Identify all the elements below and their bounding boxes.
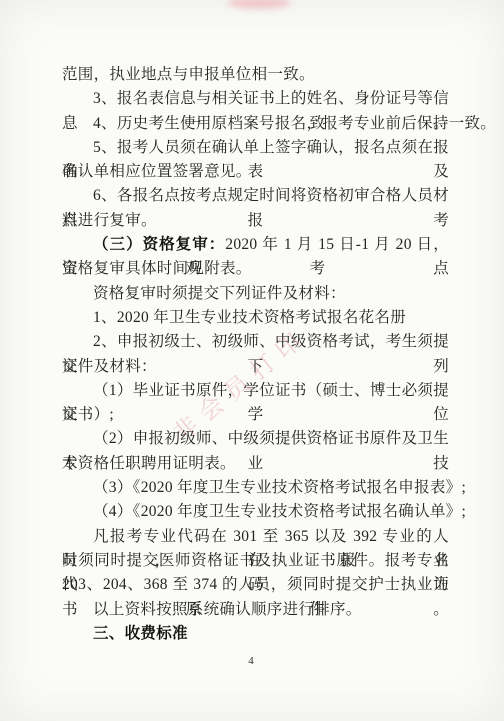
text-segment: （1）毕业证书原件，学位证书（硕士、博士必须提交学位 [62, 382, 449, 423]
text-line: （三）资格复审：2020 年 1 月 15 日-1 月 20 日，宝鸡考点 [62, 233, 449, 257]
text-line: （1）毕业证书原件，学位证书（硕士、博士必须提交学位 [62, 379, 449, 403]
text-line: 三、收费标准 [62, 622, 449, 646]
text-segment: 确认单相应位置签署意见。 [62, 163, 252, 180]
text-line: 资格复审时须提交下列证件及材料： [62, 282, 449, 306]
text-line: 1、2020 年卫生专业技术资格考试报名花名册 [62, 306, 449, 330]
text-segment: 点进行复审。 [62, 212, 157, 229]
bold-text-segment: 三、收费标准 [93, 625, 188, 642]
text-line: 4、历史考生使用原档案号报名，报考专业前后保持一致。 [62, 112, 449, 136]
text-line: 范围，执业地点与申报单位相一致。 [62, 63, 449, 87]
text-segment: 术资格任职聘用证明表。 [62, 455, 236, 472]
text-segment: （3）《2020 年度卫生专业技术资格考试报名申报表》; [93, 479, 466, 496]
text-line: （4）《2020 年度卫生专业技术资格考试报名确认单》; [62, 500, 449, 524]
text-segment: 以上资料按照系统确认顺序进行排序。 [93, 601, 362, 618]
text-line: （3）《2020 年度卫生专业技术资格考试报名申报表》; [62, 476, 449, 500]
text-line: 2、申报初级士、初级师、中级资格考试，考生须提交下列 [62, 330, 449, 354]
scanned-document-page: 非会员打印 范围，执业地点与申报单位相一致。3、报名表信息与相关证书上的姓名、身… [0, 0, 504, 721]
text-segment: （4）《2020 年度卫生专业技术资格考试报名确认单》; [93, 503, 466, 520]
text-segment: 证件及材料： [62, 358, 157, 375]
text-segment: 1、2020 年卫生专业技术资格考试报名花名册 [93, 309, 406, 326]
document-body: 范围，执业地点与申报单位相一致。3、报名表信息与相关证书上的姓名、身份证号等信息… [62, 63, 449, 646]
text-line: 3、报名表信息与相关证书上的姓名、身份证号等信息一致。 [62, 87, 449, 111]
page-number: 4 [236, 655, 266, 667]
text-line: 时须同时提交医师资格证书及执业证书原件。报考专业代码为 [62, 549, 449, 573]
bold-text-segment: （三）资格复审： [93, 236, 225, 253]
text-line: 凡报考专业代码在 301 至 365 以及 392 专业的人员，在报名 [62, 525, 449, 549]
text-line: 203、204、368 至 374 的人员，须同时提交护士执业证书原件。 [62, 573, 449, 597]
text-segment: 范围，执业地点与申报单位相一致。 [62, 66, 315, 83]
text-segment: 证书）; [62, 406, 114, 423]
text-segment: 资格复审具体时间见附表。 [62, 260, 252, 277]
text-segment: 资格复审时须提交下列证件及材料： [93, 285, 346, 302]
scan-ink-smudge [228, 0, 290, 9]
text-line: （2）申报初级师、中级须提供资格证书原件及卫生专业技 [62, 427, 449, 451]
text-line: 5、报考人员须在确认单上签字确认，报名点须在报名表及 [62, 136, 449, 160]
text-line: 6、各报名点按考点规定时间将资格初审合格人员材料报考 [62, 184, 449, 208]
text-segment: 4、历史考生使用原档案号报名，报考专业前后保持一致。 [93, 115, 496, 132]
